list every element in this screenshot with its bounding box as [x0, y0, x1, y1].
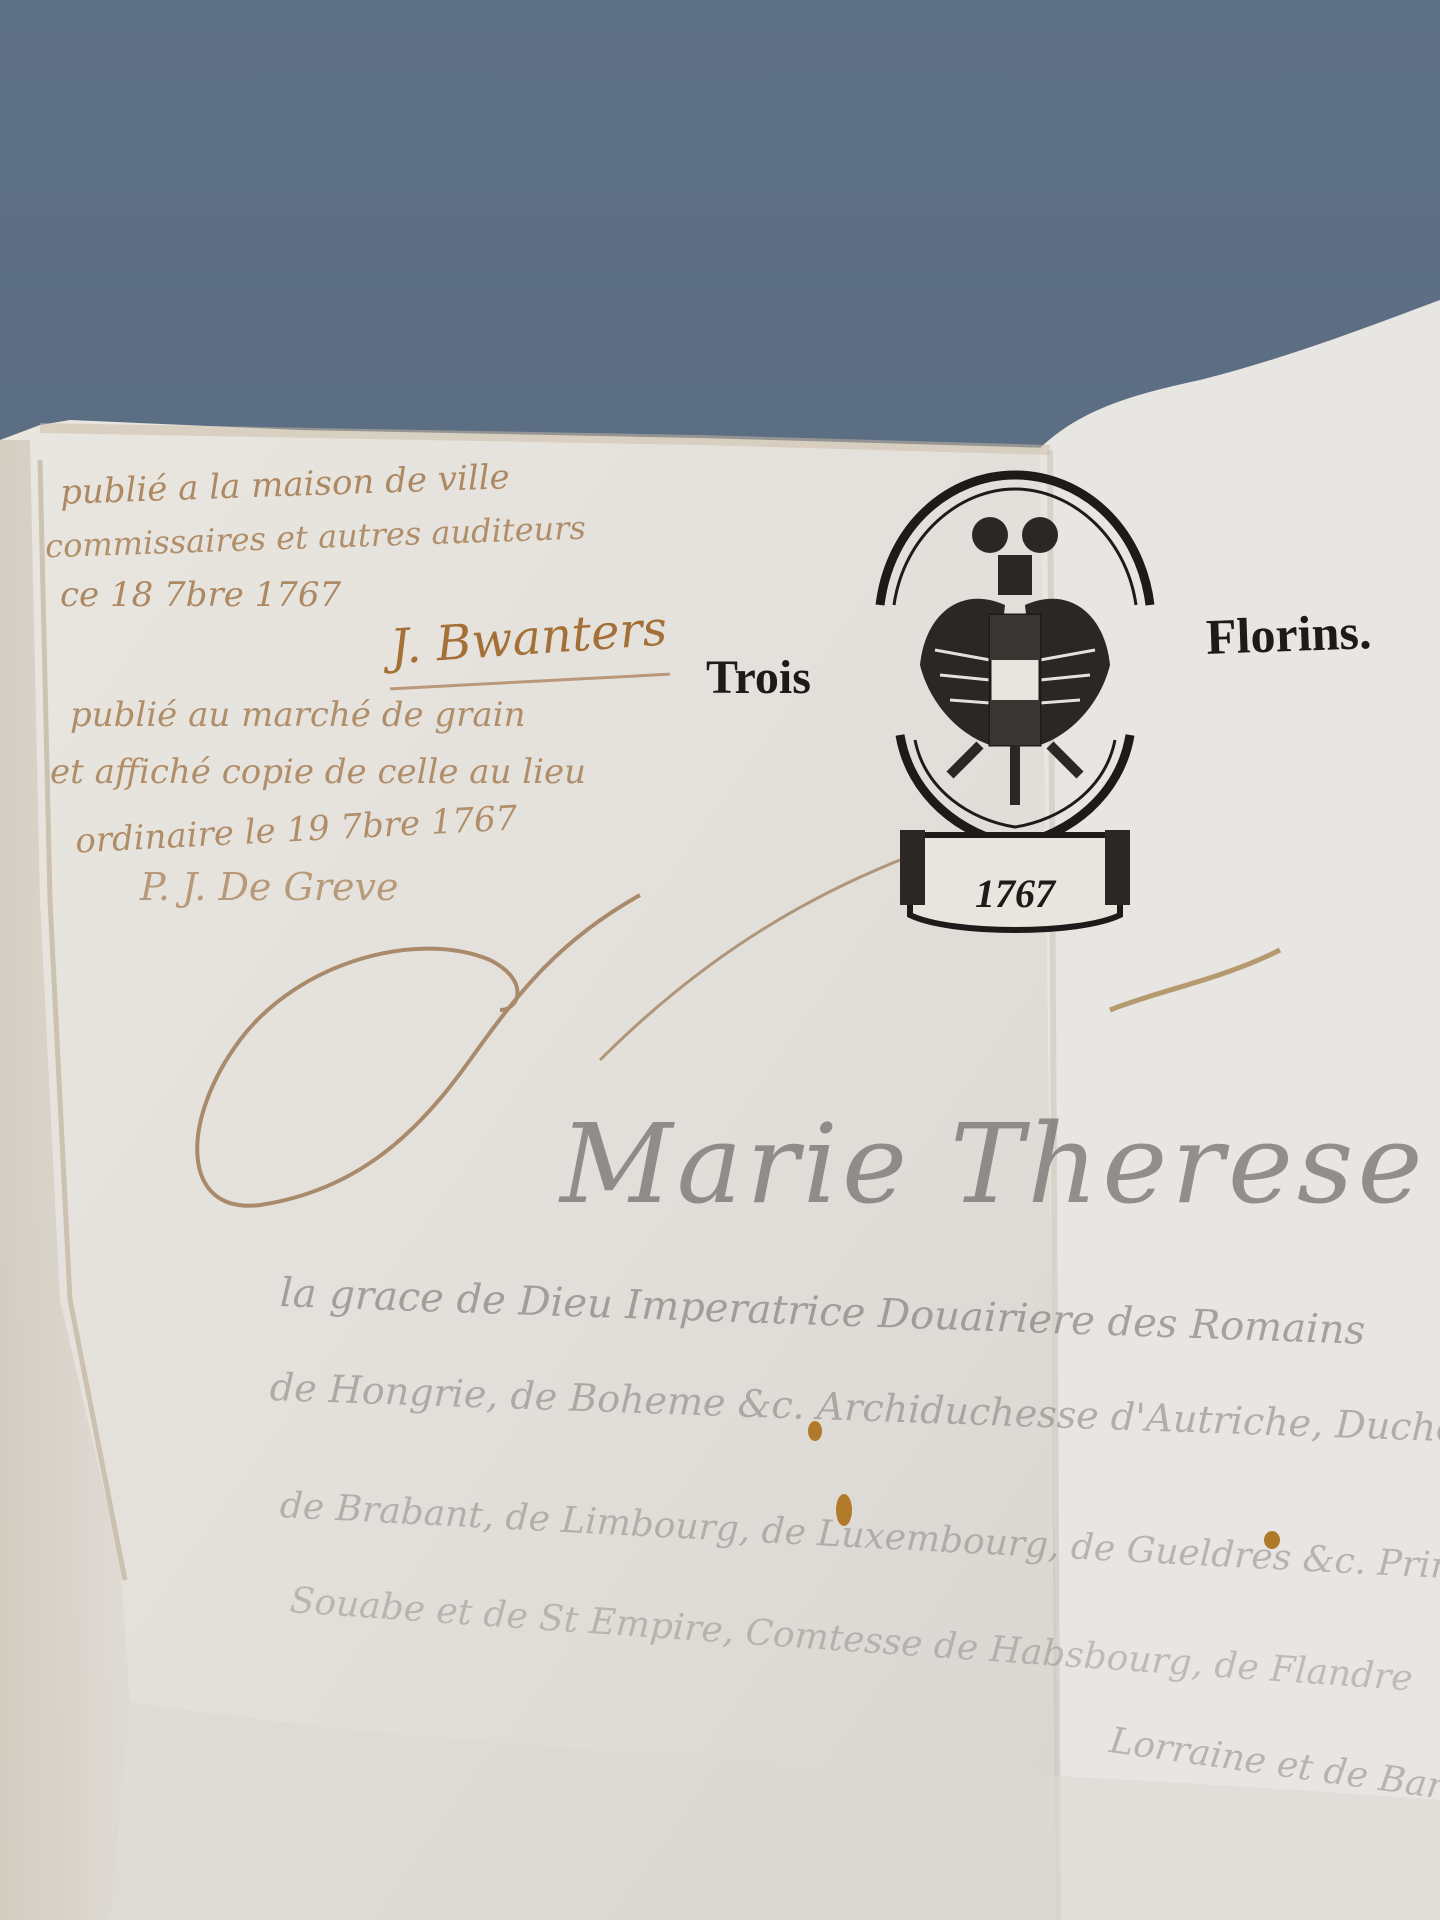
main-heading: Marie Therese: [560, 1100, 1427, 1228]
annotation-line-4: et affiché copie de celle au lieu: [50, 752, 586, 792]
stamp-value-right: Florins.: [1205, 602, 1372, 666]
stamp-year: 1767: [975, 870, 1055, 917]
stamp-value-left: Trois: [706, 650, 811, 705]
signature-2: P. J. De Greve: [140, 865, 398, 909]
annotation-line-3: publié au marché de grain: [70, 695, 525, 735]
annotation-date-1: ce 18 7bre 1767: [60, 575, 341, 615]
